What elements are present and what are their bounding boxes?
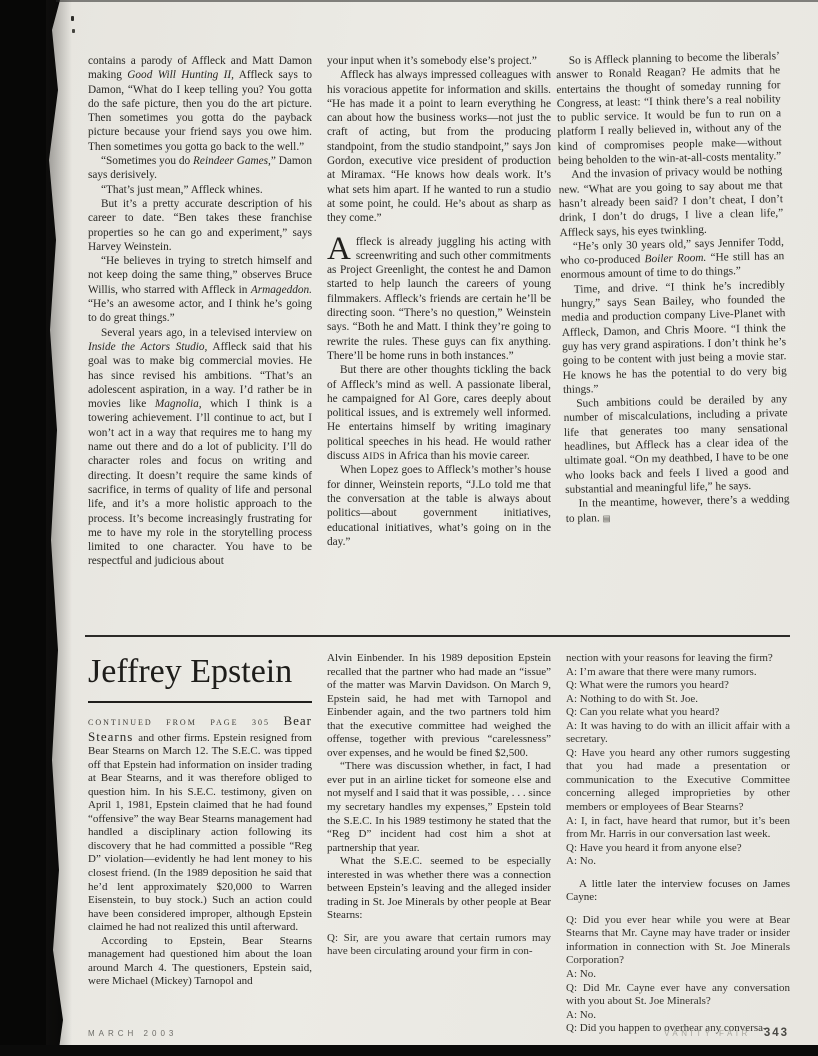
footer-issue-date: MARCH 2003 (88, 1029, 177, 1038)
paragraph: In the meantime, however, there’s a wedd… (565, 492, 790, 526)
paragraph: A: No. (566, 968, 790, 982)
paragraph: A: I’m aware that there were many rumors… (566, 666, 790, 680)
text-segment: When Lopez goes to Affleck’s mother’s ho… (327, 464, 551, 547)
text-segment: nection with your reasons for leaving th… (566, 652, 773, 664)
scan-border-left (0, 0, 70, 1056)
text-segment: AIDS (362, 451, 385, 461)
text-segment: A little later the interview focuses on … (566, 878, 790, 904)
paragraph: contains a parody of Affleck and Matt Da… (88, 54, 312, 154)
text-segment: A: It was having to do with an illicit a… (566, 720, 790, 746)
paragraph: “He believes in trying to stretch himsel… (88, 254, 312, 325)
paragraph: Several years ago, in a televised interv… (88, 326, 312, 569)
text-segment: Q: Did you ever hear while you were at B… (566, 914, 790, 967)
text-segment: “He’s an awesome actor, and I think he’s… (88, 298, 312, 324)
paragraph: And the invasion of privacy would be not… (558, 164, 784, 240)
text-segment: in Africa than his movie career. (385, 450, 530, 462)
section-divider-rule (85, 635, 790, 637)
text-segment: Q: What were the rumors you heard? (566, 679, 729, 691)
paragraph: your input when it’s somebody else’s pro… (327, 54, 551, 68)
paragraph: So is Affleck planning to become the lib… (556, 49, 782, 168)
paragraph: According to Epstein, Bear Stearns manag… (88, 935, 312, 989)
text-segment: Armageddon. (251, 284, 312, 296)
text-segment: and other firms. Epstein resigned from B… (88, 732, 312, 934)
text-segment: But it’s a pretty accurate description o… (88, 198, 312, 253)
epstein-headline: Jeffrey Epstein (88, 652, 312, 692)
paragraph: But there are other thoughts tickling th… (327, 363, 551, 463)
affleck-column-2: your input when it’s somebody else’s pro… (327, 54, 551, 549)
text-segment: But there are other thoughts tickling th… (327, 364, 551, 462)
paragraph: Q: Have you heard any other rumors sugge… (566, 747, 790, 815)
text-segment: Boiler Room. (644, 252, 706, 265)
text-segment: Alvin Einbender. In his 1989 deposition … (327, 652, 551, 759)
paragraph: Q: Sir, are you aware that certain rumor… (327, 932, 551, 959)
scan-border-top (56, 0, 818, 2)
epstein-column-1: Jeffrey Epstein CONTINUED FROM PAGE 305 … (88, 652, 312, 989)
affleck-article: contains a parody of Affleck and Matt Da… (88, 54, 790, 569)
paragraph: Q: Did you ever hear while you were at B… (566, 914, 790, 968)
scan-speck (72, 29, 75, 33)
magazine-page: contains a parody of Affleck and Matt Da… (0, 0, 818, 1056)
paragraph: A: No. (566, 855, 790, 869)
text-segment: “That’s just mean,” Affleck whines. (101, 184, 263, 196)
text-segment: Q: Can you relate what you heard? (566, 706, 719, 718)
text-segment: A: I, in fact, have heard that rumor, bu… (566, 815, 790, 841)
text-segment: Inside the Actors Studio, (88, 341, 207, 353)
text-segment: Several years ago, in a televised interv… (101, 327, 312, 339)
text-segment: Reindeer Games, (193, 155, 271, 167)
paragraph: Q: Did Mr. Cayne ever have any conversat… (566, 982, 790, 1009)
text-segment: which I think is a towering achievement.… (88, 398, 312, 567)
text-segment: A: Nothing to do with St. Joe. (566, 693, 698, 705)
paragraph: “That’s just mean,” Affleck whines. (88, 183, 312, 197)
paragraph: Such ambitions could be derailed by any … (563, 392, 789, 497)
text-segment: Q: Did Mr. Cayne ever have any conversat… (566, 982, 790, 1008)
text-segment: Q: Have you heard it from anyone else? (566, 842, 742, 854)
text-segment: A: No. (566, 1009, 596, 1021)
footer-magazine-title: VANITY FAIR (664, 1029, 751, 1038)
text-segment: According to Epstein, Bear Stearns manag… (88, 935, 312, 988)
paragraph: But it’s a pretty accurate description o… (88, 197, 312, 254)
paragraph: “Sometimes you do Reindeer Games,” Damon… (88, 154, 312, 183)
paragraph: Alvin Einbender. In his 1989 deposition … (327, 652, 551, 760)
text-segment: Affleck has always impressed colleagues … (327, 69, 551, 224)
affleck-column-1: contains a parody of Affleck and Matt Da… (88, 54, 312, 569)
paragraph: Time, and drive. “I think he’s incredibl… (561, 278, 787, 397)
scan-border-bottom (0, 1045, 818, 1056)
epstein-column-2: Alvin Einbender. In his 1989 deposition … (327, 652, 551, 959)
text-segment: ffleck is already juggling his acting wi… (327, 236, 551, 362)
text-segment: A: No. (566, 968, 596, 980)
text-segment: Good Will Hunting II, (127, 69, 234, 81)
paragraph: When Lopez goes to Affleck’s mother’s ho… (327, 463, 551, 549)
footer-page-number: 343 (764, 1027, 789, 1039)
paragraph: Affleck is already juggling his acting w… (327, 235, 551, 364)
paragraph: Q: Have you heard it from anyone else? (566, 842, 790, 856)
paragraph: Affleck has always impressed colleagues … (327, 68, 551, 225)
text-segment: CONTINUED FROM PAGE 305 (88, 718, 283, 727)
paragraph: Q: Can you relate what you heard? (566, 706, 790, 720)
text-segment: your input when it’s somebody else’s pro… (327, 55, 537, 67)
text-segment: What the S.E.C. seemed to be especially … (327, 855, 551, 921)
text-segment: And the invasion of privacy would be not… (559, 165, 784, 239)
headline-rule (88, 701, 312, 703)
paragraph: “There was discussion whether, in fact, … (327, 760, 551, 855)
footer-right: VANITY FAIR 343 (664, 1027, 789, 1039)
text-segment: A: I’m aware that there were many rumors… (566, 666, 757, 678)
text-segment: Q: Have you heard any other rumors sugge… (566, 747, 790, 813)
text-segment: “There was discussion whether, in fact, … (327, 760, 551, 853)
scan-speck (71, 16, 74, 21)
text-segment: A: No. (566, 855, 596, 867)
dropcap: A (327, 235, 356, 262)
paragraph: A: It was having to do with an illicit a… (566, 720, 790, 747)
paragraph: CONTINUED FROM PAGE 305 Bear Stearns and… (88, 714, 312, 935)
text-segment: Time, and drive. “I think he’s incredibl… (561, 279, 787, 396)
text-segment: Such ambitions could be derailed by any … (564, 393, 789, 496)
epstein-column-3: nection with your reasons for leaving th… (566, 652, 790, 1036)
end-of-article-mark: ▤ (602, 514, 610, 524)
paragraph: Q: What were the rumors you heard? (566, 679, 790, 693)
page-footer: MARCH 2003 VANITY FAIR 343 (88, 1027, 789, 1039)
paragraph: A: I, in fact, have heard that rumor, bu… (566, 815, 790, 842)
text-segment: Affleck says to Damon, “What do I keep t… (88, 69, 312, 152)
text-segment: So is Affleck planning to become the lib… (556, 50, 782, 167)
text-segment: “Sometimes you do (101, 155, 193, 167)
epstein-column-1-text: CONTINUED FROM PAGE 305 Bear Stearns and… (88, 714, 312, 989)
epstein-article: Jeffrey Epstein CONTINUED FROM PAGE 305 … (88, 652, 790, 1036)
paragraph: A little later the interview focuses on … (566, 878, 790, 905)
text-segment: Magnolia, (155, 398, 202, 410)
paragraph: “He’s only 30 years old,” says Jennifer … (560, 235, 785, 283)
text-segment: Q: Sir, are you aware that certain rumor… (327, 932, 551, 958)
paragraph: A: No. (566, 1009, 790, 1023)
paragraph: What the S.E.C. seemed to be especially … (327, 855, 551, 923)
paragraph: nection with your reasons for leaving th… (566, 652, 790, 666)
paragraph: A: Nothing to do with St. Joe. (566, 693, 790, 707)
text-segment: In the meantime, however, there’s a wedd… (566, 493, 790, 524)
affleck-column-3: So is Affleck planning to become the lib… (556, 49, 790, 527)
